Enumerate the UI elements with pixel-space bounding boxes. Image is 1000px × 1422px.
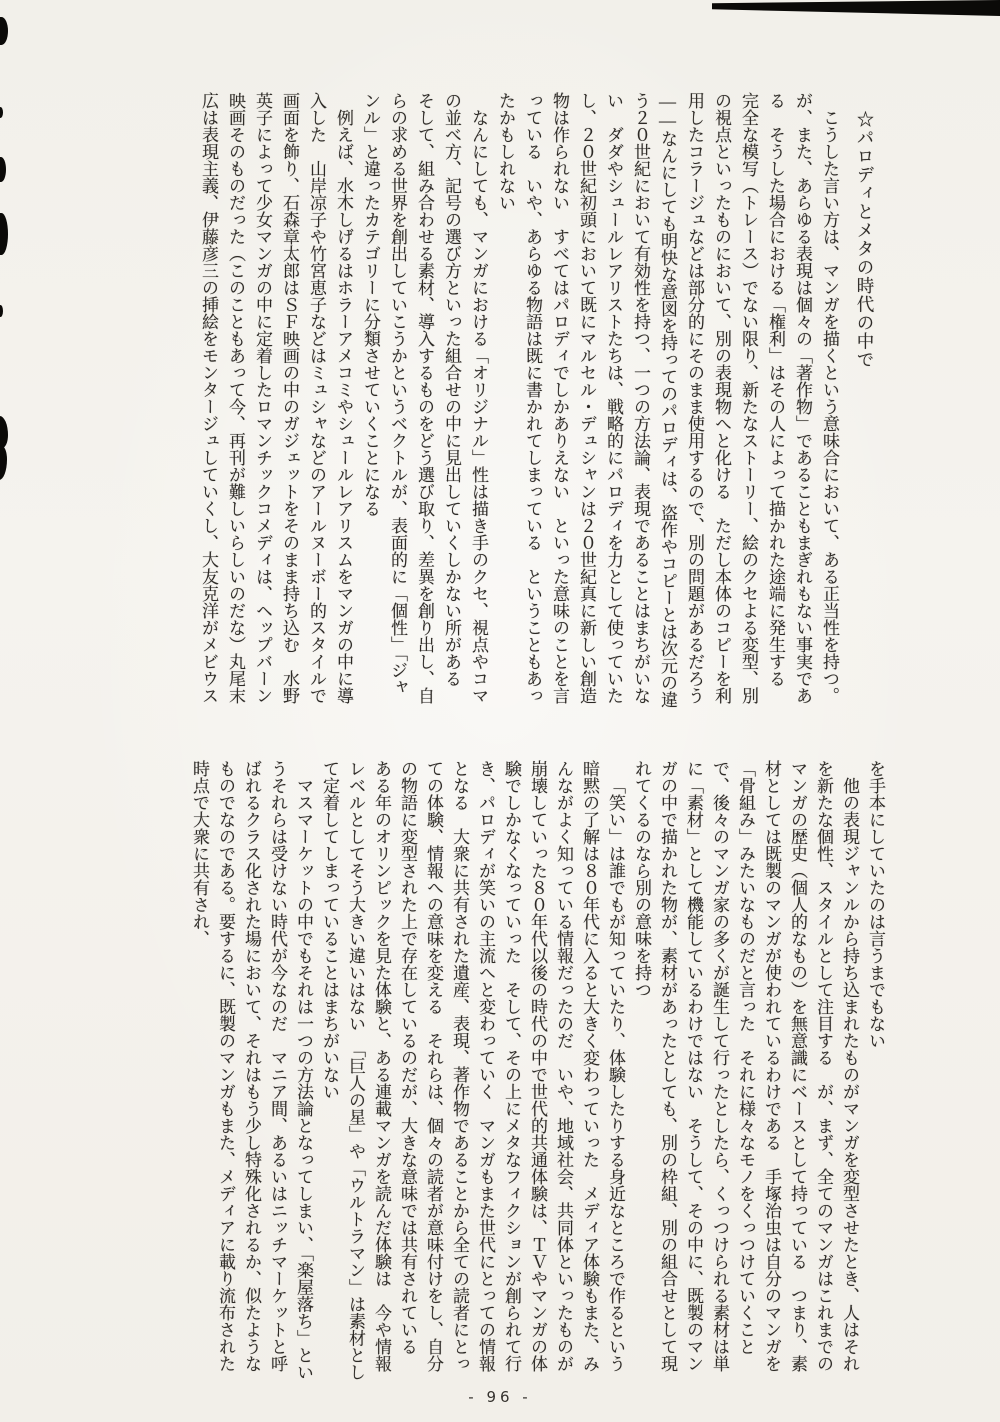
scan-ink-blob (0, 107, 3, 118)
essay-paragraph: なんにしても、マンガにおける「オリジナル」性は描き手のクセ、視点やコマの並べ方、… (357, 92, 492, 710)
scan-ink-blob (0, 416, 8, 448)
essay-title: ☆パロディとメタの時代の中で (851, 92, 878, 710)
essay-top-section: ☆パロディとメタの時代の中で こうした言い方は、マンガを描くという意味合において… (96, 92, 888, 710)
essay-paragraph: 「笑い」は誰でもが知っていたり、体験したりする身近なところで作るという暗黙の了解… (316, 760, 628, 1382)
essay-paragraph: 例えば、水木しげるはホラーアメコミやシュールレアリスムをマンガの中に導入した 山… (195, 92, 357, 710)
scan-ink-blob (0, 17, 8, 45)
scan-ink-blob (0, 213, 8, 255)
scan-ink-blob (0, 446, 7, 480)
essay-bottom-section: を手本にしていたのは言うまでもない他の表現ジャンルから持ち込まれたものがマンガを… (98, 760, 888, 1382)
essay-paragraph: ――なんにしても明快な意図を持ってのパロディは、盗作やコピーとは次元の違う２０世… (492, 92, 681, 710)
page-number: - 96 - (0, 1388, 1000, 1406)
scan-ink-blob (0, 157, 6, 182)
essay-paragraph: マスマーケットの中でもそれは一つの方法論となってしまい、「楽屋落ち」というそれら… (186, 760, 316, 1382)
scanned-page: ☆パロディとメタの時代の中で こうした言い方は、マンガを描くという意味合において… (0, 0, 1000, 1422)
essay-paragraph: を手本にしていたのは言うまでもない (862, 760, 888, 1382)
scan-ink-blob (0, 305, 3, 317)
essay-paragraph: 他の表現ジャンルから持ち込まれたものがマンガを変型させたとき、人はそれを新たな個… (628, 760, 862, 1382)
essay-paragraph: こうした言い方は、マンガを描くという意味合において、ある正当性を持つ。が、また、… (681, 92, 843, 710)
scan-edge-bar (712, 0, 1000, 16)
